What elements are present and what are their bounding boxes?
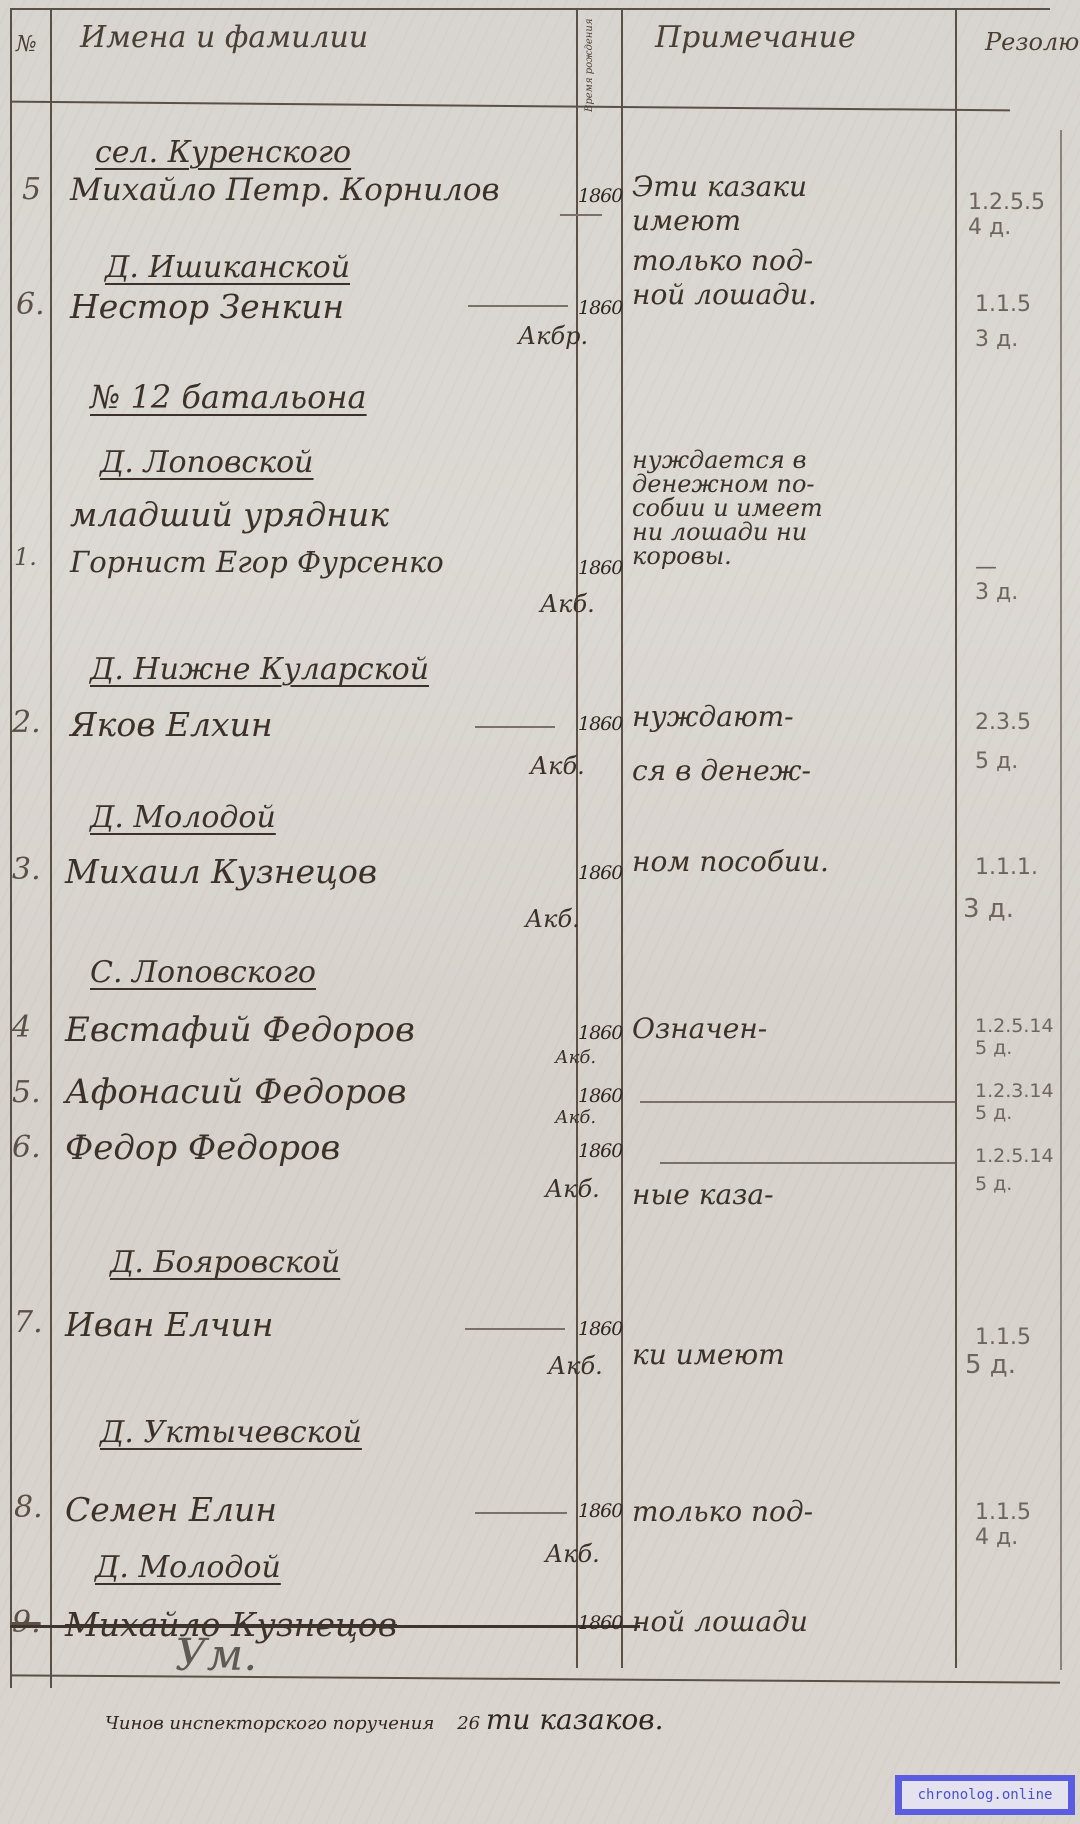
remark-block: ной лошади [632, 1605, 808, 1639]
village-heading: Д. Уктычевской [100, 1415, 362, 1450]
entry-number: 8. [14, 1490, 43, 1525]
village-heading: сел. Куренского [95, 135, 351, 170]
entry-birth-year: 1860 [578, 297, 622, 319]
entry-name: Яков Елхин [70, 705, 273, 744]
rule-number-column [50, 8, 52, 1688]
dash-line [475, 1512, 567, 1514]
entry-name: Нестор Зенкин [70, 287, 344, 326]
village-heading: Д. Нижне Куларской [90, 652, 429, 687]
header-resolution: Резолюция [985, 28, 1080, 56]
entry-number: 5. [12, 1075, 41, 1110]
resolution-entry: 1.1.5 3 д. [975, 292, 1031, 352]
entry-number: 5 [22, 172, 41, 207]
resolution-entry: — 3 д. [975, 555, 1018, 605]
entry-name: Федор Федоров [65, 1128, 340, 1168]
dash-line [660, 1162, 955, 1164]
entry-name: Михайло Петр. Корнилов [70, 172, 500, 208]
entry-birth-year: 1860 [578, 862, 622, 884]
entry-number: 6. [16, 287, 45, 322]
dash-line [560, 214, 602, 216]
ledger-page: № Имена и фамилии Время рождения Примеча… [0, 0, 1080, 1824]
entry-name: Горнист Егор Фурсенко [70, 545, 444, 579]
resolution-entry: 2.3.5 5 д. [975, 710, 1031, 774]
entry-signature: Акб. [530, 752, 585, 780]
footer-note: Чинов инспекторского поручения 26 ти каз… [105, 1703, 663, 1736]
entry-birth-year: 1860 [578, 1085, 622, 1107]
entry-name: Семен Елин [65, 1490, 277, 1529]
battalion-heading: № 12 батальона [90, 378, 367, 416]
entry-number: 4 [12, 1010, 31, 1045]
entry-signature: Акб. [525, 905, 580, 933]
strike-line [10, 1625, 640, 1628]
dash-line [465, 1328, 565, 1330]
entry-number: 1. [14, 543, 37, 571]
village-heading: С. Лоповского [90, 955, 316, 990]
entry-birth-year: 1860 [578, 1318, 622, 1340]
entry-name: Евстафий Федоров [65, 1010, 415, 1050]
remark-block: нуждают- ся в денеж- [632, 700, 811, 788]
entry-birth-year: 1860 [578, 185, 622, 207]
watermark-badge[interactable]: chronolog.online [895, 1775, 1075, 1815]
remark-line: только под- [632, 244, 817, 278]
dash-line [468, 305, 568, 307]
entry-birth-year: 1860 [578, 1612, 622, 1634]
resolution-entry: 1.2.5.14 5 д. [975, 1145, 1054, 1195]
entry-name: Иван Елчин [65, 1305, 274, 1344]
dash-line [640, 1101, 955, 1103]
entry-number: 6. [12, 1130, 41, 1165]
header-birth-year: Время рождения [584, 12, 595, 112]
rule-left-margin [10, 8, 12, 1688]
entry-signature: Акб. [545, 1540, 600, 1568]
entry-signature: Акб. [555, 1047, 596, 1068]
village-heading: Д. Бояровской [110, 1245, 340, 1280]
remark-block: ные каза- [632, 1178, 774, 1212]
village-heading: Д. Молодой [90, 800, 276, 835]
rule-header-bottom [10, 101, 1010, 112]
entry-signature: Акб. [545, 1175, 600, 1203]
remark-block: ном пособии. [632, 845, 829, 879]
remark-block: нуждается в денежном по- собии и имеет н… [632, 448, 823, 568]
entry-signature: Акб. [548, 1352, 603, 1380]
header-names: Имена и фамилии [80, 20, 368, 55]
entry-number: 7. [14, 1305, 43, 1340]
remark-line: имеют [632, 204, 817, 238]
rule-resolution-column [955, 8, 957, 1668]
entry-birth-year: 1860 [578, 1022, 622, 1044]
entry-birth-year: 1860 [578, 1140, 622, 1162]
dash-line [475, 726, 555, 728]
remark-line: ной лошади. [632, 278, 817, 312]
entry-signature: Акб. [555, 1107, 596, 1128]
rule-year-column-left [576, 8, 578, 1668]
header-number: № [16, 32, 37, 57]
watermark-text: chronolog.online [902, 1781, 1068, 1809]
pencil-annotation: Ум. [175, 1630, 257, 1681]
rule-right-edge [1060, 130, 1062, 1670]
rule-year-column-right [621, 8, 623, 1668]
entry-number: 9. [12, 1605, 41, 1640]
resolution-entry: 1.1.5 5 д. [975, 1325, 1031, 1380]
entry-birth-year: 1860 [578, 713, 622, 735]
remark-line: Эти казаки [632, 170, 817, 204]
remark-block: только под- [632, 1495, 813, 1529]
rule-top [10, 8, 1050, 10]
resolution-entry: 1.2.3.14 5 д. [975, 1080, 1054, 1124]
entry-name: Михаил Кузнецов [65, 852, 377, 891]
resolution-entry: 1.1.1. 3 д. [975, 855, 1038, 924]
village-heading: Д. Ишиканской [105, 250, 350, 285]
entry-birth-year: 1860 [578, 1500, 622, 1522]
resolution-entry: 1.1.5 4 д. [975, 1500, 1031, 1550]
entry-number: 2. [12, 705, 41, 740]
village-heading: Д. Лоповской [100, 445, 314, 480]
entry-name: Афонасий Федоров [65, 1072, 407, 1112]
remark-block: Эти казаки имеют только под- ной лошади. [632, 170, 817, 312]
entry-number: 3. [12, 852, 41, 887]
entry-signature: Акб. [540, 590, 595, 618]
entry-rank: младший урядник [70, 495, 389, 534]
village-heading: Д. Молодой [95, 1550, 281, 1585]
remark-block: Означен- [632, 1012, 767, 1046]
entry-birth-year: 1860 [578, 557, 622, 579]
remark-block: ки имеют [632, 1338, 785, 1372]
resolution-entry: 1.2.5.14 5 д. [975, 1015, 1054, 1059]
entry-signature: Акбр. [518, 322, 588, 350]
resolution-entry: 1.2.5.5 4 д. [968, 190, 1045, 240]
rule-table-bottom [10, 1674, 1060, 1683]
header-remarks: Примечание [655, 20, 856, 55]
